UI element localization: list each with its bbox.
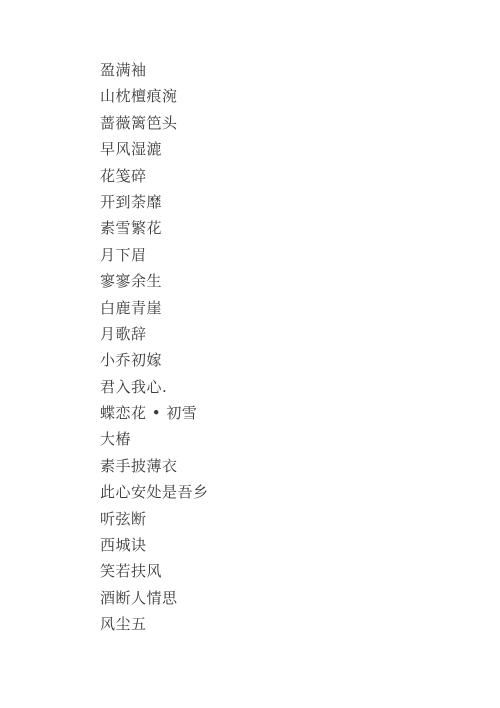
list-item: 寥寥余生 — [100, 268, 209, 294]
list-item: 风尘五 — [100, 611, 209, 637]
list-item: 蔷薇篱笆头 — [100, 110, 209, 136]
list-item: 笑若扶风 — [100, 558, 209, 584]
list-item: 白鹿青崖 — [100, 295, 209, 321]
list-item: 西城诀 — [100, 532, 209, 558]
list-item: 山枕檀痕涴 — [100, 83, 209, 109]
document-page: 盈满袖 山枕檀痕涴 蔷薇篱笆头 早风湿漉 花笺碎 开到荼靡 素雪繁花 月下眉 寥… — [0, 0, 500, 708]
list-item: 开到荼靡 — [100, 189, 209, 215]
list-item: 君入我心. — [100, 374, 209, 400]
list-item: 月下眉 — [100, 242, 209, 268]
list-item: 大椿 — [100, 426, 209, 452]
list-item: 早风湿漉 — [100, 136, 209, 162]
list-item: 小乔初嫁 — [100, 347, 209, 373]
list-item: 花笺碎 — [100, 163, 209, 189]
name-list: 盈满袖 山枕檀痕涴 蔷薇篱笆头 早风湿漉 花笺碎 开到荼靡 素雪繁花 月下眉 寥… — [100, 57, 209, 638]
list-item: 酒断人情思 — [100, 585, 209, 611]
list-item: 盈满袖 — [100, 57, 209, 83]
list-item: 素手披薄衣 — [100, 453, 209, 479]
list-item: 此心安处是吾乡 — [100, 479, 209, 505]
list-item: 听弦断 — [100, 506, 209, 532]
list-item: 月歌辞 — [100, 321, 209, 347]
list-item: 蝶恋花 • 初雪 — [100, 400, 209, 426]
list-item: 素雪繁花 — [100, 215, 209, 241]
